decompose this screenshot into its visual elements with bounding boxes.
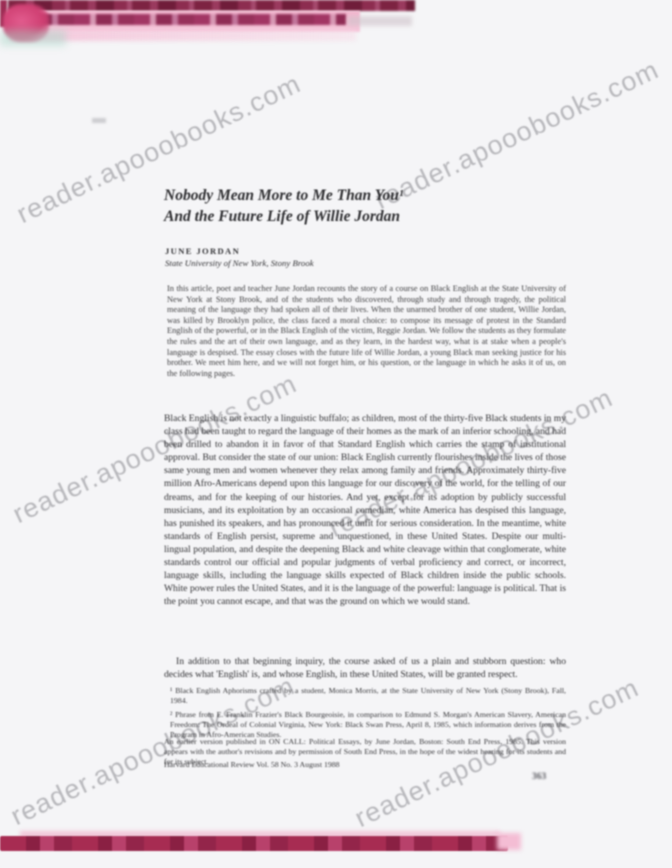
redacted-title-bar (8, 0, 415, 11)
author-affiliation: State University of New York, Stony Broo… (165, 258, 314, 268)
redacted-subtitle-streaks (14, 14, 346, 25)
body-paragraph-1: Black English is not exactly a linguisti… (164, 412, 566, 608)
body-paragraph-2: In addition to that beginning inquiry, t… (164, 655, 566, 681)
footnote-2: ² Phrase from E. Franklin Frazier's Blac… (170, 710, 566, 740)
scanned-article-page: reader.apooobooks.com reader.apooobooks.… (0, 0, 672, 868)
article-title-line1: Nobody Mean More to Me Than You¹ (164, 186, 464, 207)
author-name: JUNE JORDAN (165, 246, 240, 256)
abstract-paragraph: In this article, poet and teacher June J… (167, 284, 566, 379)
scan-speck (92, 118, 106, 123)
redacted-footer-bar (0, 836, 508, 851)
footnote-1: ¹ Black English Aphorisms crafted by a s… (170, 686, 566, 706)
article-title: Nobody Mean More to Me Than You¹ And the… (164, 186, 464, 227)
bottom-bar-right-fringe (497, 833, 521, 850)
journal-citation-line: Harvard Educational Review Vol. 58 No. 3… (164, 760, 566, 769)
gray-smudge (348, 16, 412, 26)
page-number: 363 (532, 772, 546, 782)
article-title-line2: And the Future Life of Willie Jordan (164, 207, 464, 228)
teal-smear (0, 30, 66, 46)
